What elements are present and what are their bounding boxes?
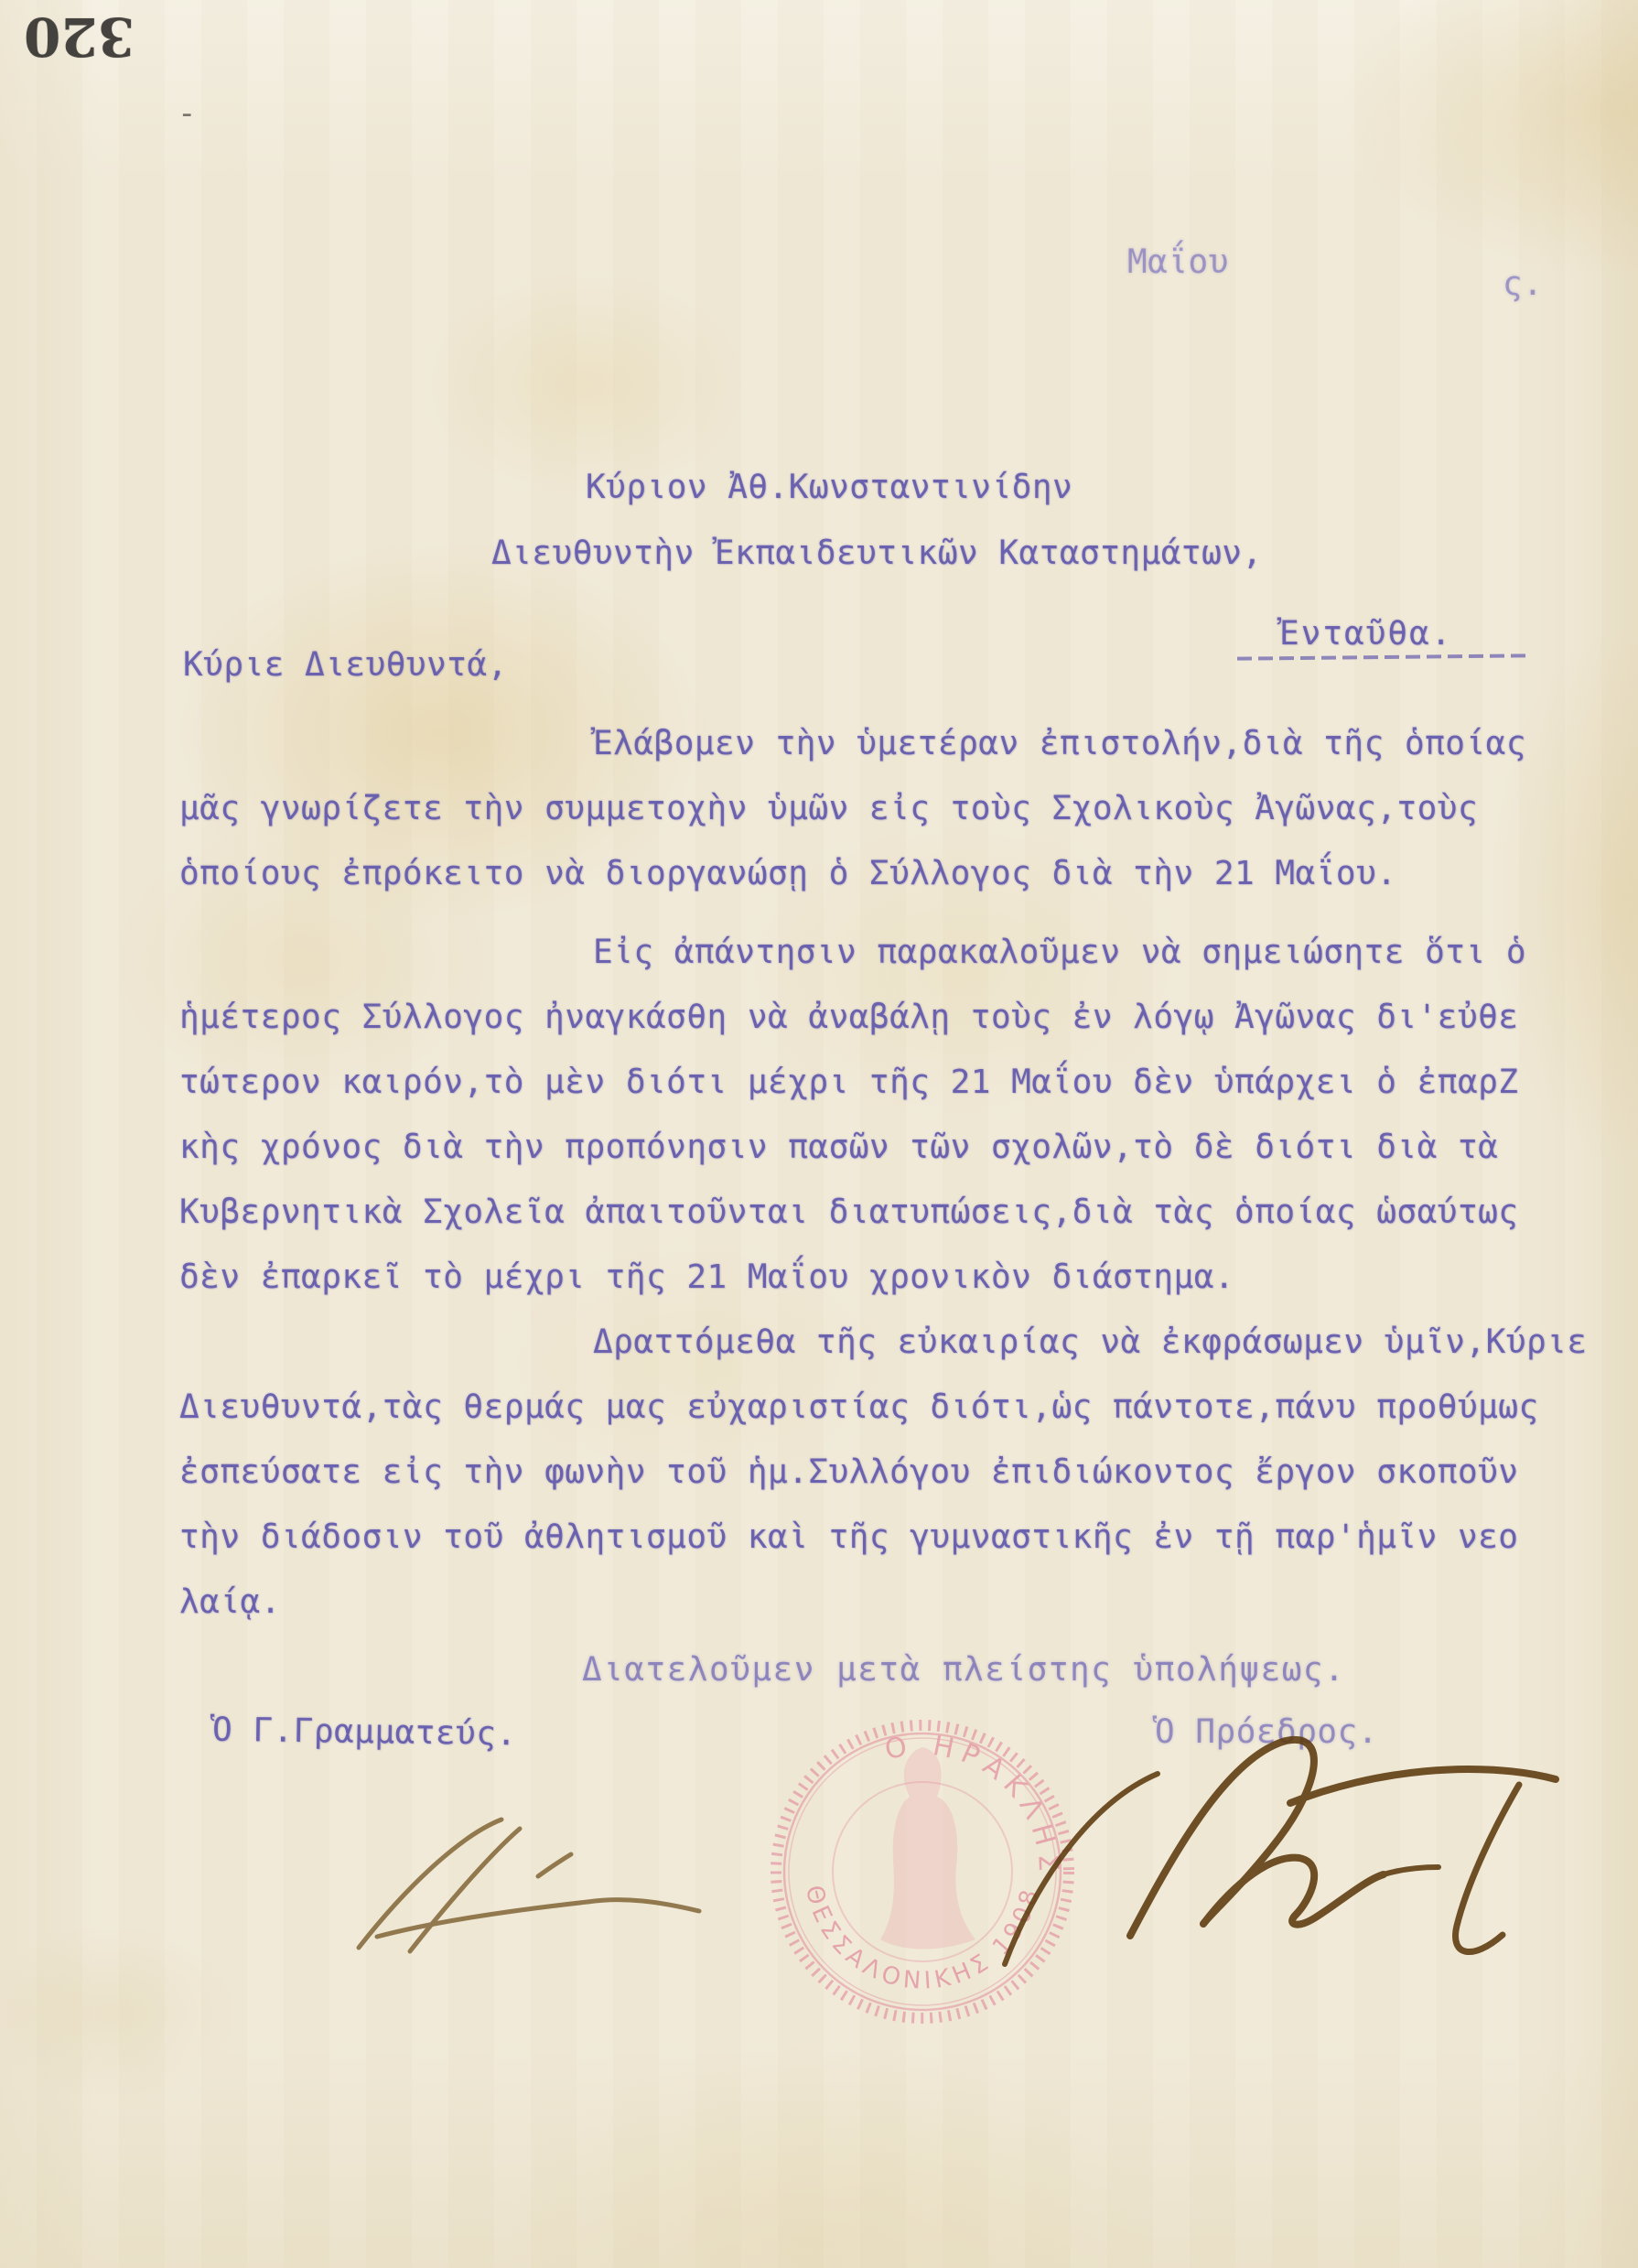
body-line: ἐσπεύσατε εἰς τὴν φωνὴν τοῦ ἡμ.Συλλόγου … (179, 1453, 1518, 1491)
date-suffix: ς. (1503, 265, 1543, 303)
recipient-name-line: Κύριον Ἀθ.Κωνσταντινίδην (586, 469, 1072, 506)
salutation: Κύριε Διευθυντά, (183, 646, 508, 684)
body-line: κὴς χρόνος διὰ τὴν προπόνησιν πασῶν τῶν … (179, 1129, 1498, 1166)
recipient-title-line: Διευθυντὴν Ἐκπαιδευτικῶν Καταστημάτων, (491, 535, 1263, 572)
body-line: μᾶς γνωρίζετε τὴν συμμετοχὴν ὑμῶν εἰς το… (179, 790, 1478, 827)
president-signature (970, 1693, 1611, 2004)
body-line: Ἐλάβομεν τὴν ὑμετέραν ἐπιστολήν,διὰ τῆς … (179, 725, 1526, 762)
body-line: δὲν ἐπαρκεῖ τὸ μέχρι τῆς 21 Μαΐου χρονικ… (179, 1258, 1234, 1296)
closing-line: Διατελοῦμεν μετὰ πλείστης ὑπολήψεως. (582, 1651, 1345, 1689)
body-line: ὁποίους ἐπρόκειτο νὰ διοργανώσῃ ὁ Σύλλογ… (179, 855, 1396, 892)
body-line: Διευθυντά,τὰς θερμάς μας εὐχαριστίας διό… (179, 1388, 1539, 1426)
body-line: τὴν διάδοσιν τοῦ ἀθλητισμοῦ καὶ τῆς γυμν… (179, 1518, 1518, 1556)
date-month: Μαΐου (1127, 243, 1229, 281)
body-line: ἡμέτερος Σύλλογος ἠναγκάσθη νὰ ἀναβάλῃ τ… (179, 999, 1518, 1036)
recipient-place: Ἐνταῦθα. (1279, 615, 1452, 653)
body-line: Εἰς ἀπάντησιν παρακαλοῦμεν νὰ σημειώσητε… (179, 934, 1526, 971)
archival-page-number: 320 (24, 5, 135, 68)
corner-tick-mark: - (178, 95, 196, 132)
secretary-title: Ὁ Γ.Γραμματεύς. (212, 1712, 517, 1754)
body-line: Κυβερνητικὰ Σχολεῖα ἀπαιτοῦνται διατυπώσ… (179, 1193, 1518, 1231)
body-line: λαίᾳ. (179, 1583, 281, 1621)
body-line: τώτερον καιρόν,τὸ μὲν διότι μέχρι τῆς 21… (179, 1064, 1518, 1101)
body-line: Δραττόμεθα τῆς εὐκαιρίας νὰ ἐκφράσωμεν ὑ… (179, 1323, 1588, 1361)
hercules-figure (880, 1747, 975, 1949)
secretary-signature (320, 1812, 741, 1977)
